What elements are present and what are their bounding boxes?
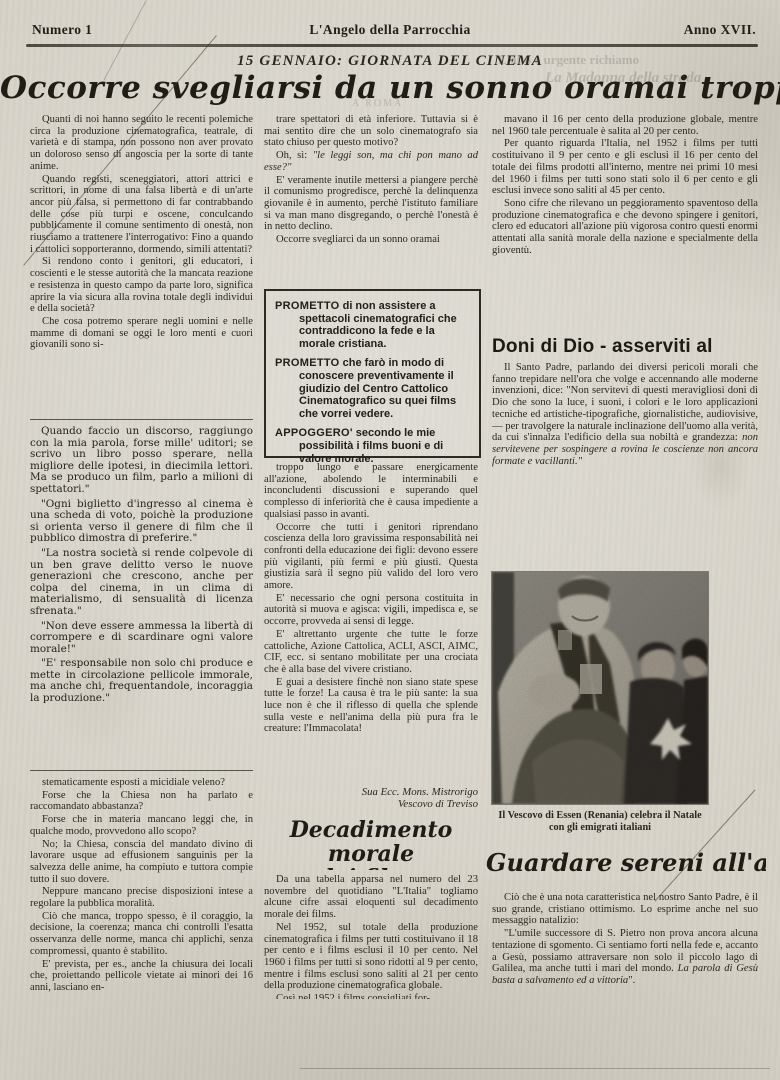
- paragraph: No; la Chiesa, conscia del mandato divin…: [30, 839, 253, 886]
- paragraph: Nel 1952, sul totale della produzione ci…: [264, 922, 478, 992]
- pledge-item: PROMETTO di non assistere a spettacoli c…: [275, 300, 471, 350]
- paragraph: E' necessario che ogni persona costituit…: [264, 593, 478, 628]
- caption-line: con gli emigrati italiani: [488, 822, 712, 834]
- paragraph: troppo lungo e passare energicamente all…: [264, 462, 478, 521]
- quote-paragraph: "E' responsabile non solo chi produce e …: [30, 658, 253, 704]
- paragraph: Che cosa potremo sperare negli uomini e …: [30, 316, 253, 351]
- paragraph: Si rendono conto i genitori, gli educato…: [30, 256, 253, 315]
- quote-paragraph: "Non deve essere ammessa la libertà di c…: [30, 621, 253, 656]
- paragraph: Forse che in materia mancano leggi che, …: [30, 814, 253, 837]
- paragraph: Ciò che è una nota caratteristica nel no…: [492, 892, 758, 927]
- paragraph: Occorre svegliarci da un sonno oramai: [264, 234, 478, 246]
- pledge-box: PROMETTO di non assistere a spettacoli c…: [264, 289, 481, 458]
- decadimento-body: Da una tabella apparsa nel numero del 23…: [264, 874, 478, 999]
- paragraph-lead: Oh, sì:: [276, 150, 313, 161]
- quote-paragraph: "Ogni biglietto d'ingresso al cinema è u…: [30, 499, 253, 545]
- paragraph-text: Il Santo Padre, parlando dei diversi per…: [492, 362, 758, 443]
- bishop-photo: [492, 572, 708, 804]
- paragraph: mavano il 16 per cento della produzione …: [492, 114, 758, 137]
- paragraph: Occorre che tutti i genitori riprendano …: [264, 522, 478, 592]
- paragraph: Sono cifre che rilevano un peggioramento…: [492, 198, 758, 257]
- paragraph: E' prevista, per es., anche la chiusura …: [30, 959, 253, 994]
- paragraph: "L'umile successore di S. Pietro non pro…: [492, 928, 758, 987]
- paragraph: Il Santo Padre, parlando dei diversi per…: [492, 362, 758, 467]
- paragraph: Oh, sì: "le leggi son, ma chi pon mano a…: [264, 150, 478, 173]
- paragraph: Forse che la Chiesa non ha parlato e rac…: [30, 790, 253, 813]
- caption-line: Il Vescovo di Essen (Renania) celebra il…: [488, 810, 712, 822]
- paragraph: Quando registi, sceneggiatori, attori at…: [30, 174, 253, 256]
- main-headline: Occorre svegliarsi da un sonno oramai tr…: [0, 70, 780, 106]
- guardare-body: Ciò che è una nota caratteristica nel no…: [492, 892, 758, 1042]
- doni-body: Il Santo Padre, parlando dei diversi per…: [492, 362, 758, 568]
- pledge-lead: PROMETTO: [275, 357, 340, 369]
- paragraph: trare spettatori di età inferiore. Tutta…: [264, 114, 478, 149]
- column2-continuation: troppo lungo e passare energicamente all…: [264, 462, 478, 784]
- column3-intro: mavano il 16 per cento della produzione …: [492, 114, 758, 332]
- column1-quotes: Quando faccio un discorso, raggiungo con…: [30, 426, 253, 764]
- column1-intro: Quanti di noi hanno seguito le recenti p…: [30, 114, 253, 416]
- pledge-lead: PROMETTO: [275, 300, 340, 312]
- pen-scratch: [654, 789, 755, 901]
- section-title-doni: Doni di Dio - asserviti al male: [492, 336, 758, 358]
- paragraph: Per quanto riguarda l'Italia, nel 1952 i…: [492, 138, 758, 197]
- pledge-item: APPOGGERO' secondo le mie possibilità i …: [275, 427, 471, 465]
- section-title-line: dei films: [264, 866, 478, 870]
- column1-continuation: stematicamente esposti a micidiale velen…: [30, 777, 253, 1062]
- paragraph: stematicamente esposti a micidiale velen…: [30, 777, 253, 789]
- paragraph: E guai a desistere finchè non siano stat…: [264, 677, 478, 736]
- pledge-lead: APPOGGERO': [275, 427, 353, 439]
- bishop-photo-illustration: [492, 572, 708, 804]
- section-title-guardare: Guardare sereni all'avvenire: [486, 848, 766, 882]
- column2-intro: trare spettatori di età inferiore. Tutta…: [264, 114, 478, 284]
- pledge-item: PROMETTO che farò in modo di conoscere p…: [275, 357, 471, 420]
- kicker: 15 GENNAIO: GIORNATA DEL CINEMA: [0, 53, 780, 70]
- paragraph: Così nel 1952 i films consigliati for-: [264, 993, 478, 999]
- bottom-rule: [300, 1068, 770, 1069]
- paragraph: Quanti di noi hanno seguito le recenti p…: [30, 114, 253, 173]
- newspaper-title: L'Angelo della Parrocchia: [0, 22, 780, 38]
- photo-caption: Il Vescovo di Essen (Renania) celebra il…: [488, 810, 712, 838]
- paragraph: E' veramente inutile mettersi a piangere…: [264, 175, 478, 234]
- section-title-line: Decadimento morale: [264, 818, 478, 866]
- section-title-decadimento: Decadimento morale dei films: [264, 818, 478, 870]
- paragraph: E' altrettanto urgente che tutte le forz…: [264, 629, 478, 676]
- signature-title: Vescovo di Treviso: [264, 798, 478, 810]
- paragraph-text: ".: [628, 975, 635, 986]
- masthead-rule: [26, 44, 758, 47]
- signature-name: Sua Ecc. Mons. Mistrorigo: [264, 786, 478, 798]
- article-signature: Sua Ecc. Mons. Mistrorigo Vescovo di Tre…: [264, 786, 492, 813]
- year-label: Anno XVII.: [684, 22, 756, 38]
- section-rule: [30, 419, 253, 420]
- quote-paragraph: "La nostra società si rende colpevole di…: [30, 548, 253, 618]
- quote-paragraph: Quando faccio un discorso, raggiungo con…: [30, 426, 253, 496]
- section-rule: [30, 770, 253, 771]
- paragraph: Ciò che manca, troppo spesso, è il corag…: [30, 911, 253, 958]
- newspaper-page: Numero 1 L'Angelo della Parrocchia Anno …: [0, 0, 780, 1080]
- paragraph: Da una tabella apparsa nel numero del 23…: [264, 874, 478, 921]
- paragraph: Neppure mancano precise disposizioni int…: [30, 886, 253, 909]
